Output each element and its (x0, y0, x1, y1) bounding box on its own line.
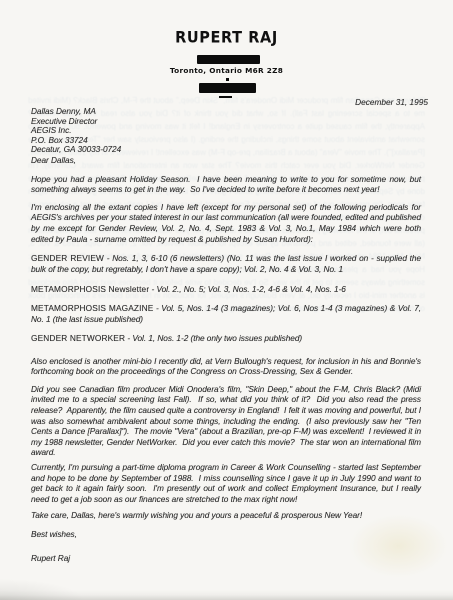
letterhead-city-line: Toronto, Ontario M6R 2Z8 (0, 66, 453, 75)
valediction: Best wishes, (31, 529, 421, 540)
recipient-org: AEGIS Inc. (31, 126, 421, 136)
letter-body: Dallas Denny, MA Executive Director AEGI… (31, 107, 421, 563)
letter-page: Did you see Canadian film producer Midi … (0, 0, 453, 600)
signature-name: Rupert Raj (31, 553, 421, 564)
publication-name: GENDER NETWORKER (31, 333, 125, 343)
redaction-bar-street (197, 55, 260, 64)
publication-name: GENDER REVIEW (31, 253, 104, 263)
paragraph-holiday: Hope you had a pleasant Holiday Season. … (31, 174, 421, 195)
publication-name: METAMORPHOSIS Newsletter (31, 284, 149, 294)
salutation: Dear Dallas, (31, 155, 421, 166)
letterhead-dot (226, 78, 229, 81)
letterhead-name: RUPERT RAJ (0, 29, 453, 46)
publication-name: METAMORPHOSIS MAGAZINE (31, 303, 153, 313)
paragraph-minibio: Also enclosed is another mini-bio I rece… (31, 356, 421, 377)
publication-details: - Vol. 1, Nos. 1-2 (the only two issues … (125, 333, 302, 343)
recipient-address-block: Dallas Denny, MA Executive Director AEGI… (31, 107, 421, 155)
paragraph-enclosing: I'm enclosing all the extant copies I ha… (31, 202, 421, 244)
recipient-title: Executive Director (31, 117, 421, 127)
paragraph-takecare: Take care, Dallas, here's warmly wishing… (31, 510, 421, 521)
paragraph-currently: Currently, I'm pursuing a part-time dipl… (31, 462, 421, 504)
publication-gender-networker: GENDER NETWORKER - Vol. 1, Nos. 1-2 (the… (31, 333, 421, 344)
redaction-bar-contact (199, 83, 256, 93)
recipient-city: Decatur, GA 30033-0724 (31, 145, 421, 155)
paragraph-film: Did you see Canadian film producer Midi … (31, 384, 421, 458)
publication-metamorphosis-magazine: METAMORPHOSIS MAGAZINE - Vol. 5, Nos. 1-… (31, 303, 421, 324)
publication-gender-review: GENDER REVIEW - Nos. 1, 3, 6-10 (6 newsl… (31, 253, 421, 274)
publication-details: - Vol. 2., No. 5; Vol. 3, Nos. 1-2, 4-6 … (149, 284, 346, 294)
publication-metamorphosis-newsletter: METAMORPHOSIS Newsletter - Vol. 2., No. … (31, 284, 421, 295)
